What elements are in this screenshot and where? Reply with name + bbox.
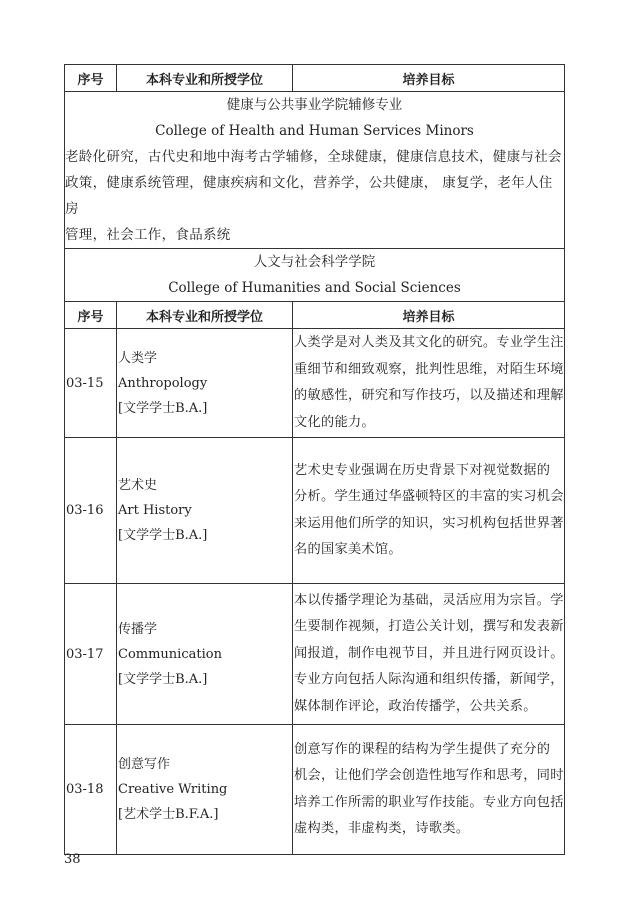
major-name-zh: 艺术史 — [118, 473, 292, 498]
major-name-en: Art History — [118, 498, 292, 523]
goal-line: 来运用他们所学的知识，实习机构包括世界著 — [294, 511, 564, 538]
table-header-row: 序号 本科专业和所授学位 培养目标 — [65, 65, 565, 92]
table-row: 03-15 人类学 Anthropology [文学学士B.A.] 人类学是对人… — [65, 329, 565, 438]
goal-line: 培养工作所需的职业写作技能。专业方向包括 — [294, 790, 564, 817]
section-health-row: 健康与公共事业学院辅修专业 College of Health and Huma… — [65, 92, 565, 249]
minors-line: 管理，社会工作，食品系统 — [65, 222, 564, 248]
major-degree: [艺术学士B.F.A.] — [118, 802, 292, 827]
table-subheader-row: 序号 本科专业和所授学位 培养目标 — [65, 302, 565, 329]
major-name-en: Communication — [118, 642, 292, 667]
goal-line: 机会，让他们学会创造性地写作和思考，同时 — [294, 763, 564, 790]
table-row: 03-17 传播学 Communication [文学学士B.A.] 本以传播学… — [65, 584, 565, 725]
major-code: 03-18 — [65, 725, 117, 855]
major-cell: 创意写作 Creative Writing [艺术学士B.F.A.] — [117, 725, 293, 855]
header-no: 序号 — [65, 302, 117, 329]
major-name-en: Creative Writing — [118, 777, 292, 802]
table-row: 03-16 艺术史 Art History [文学学士B.A.] 艺术史专业强调… — [65, 438, 565, 584]
goal-line: 创意写作的课程的结构为学生提供了充分的 — [294, 737, 564, 764]
major-code: 03-15 — [65, 329, 117, 438]
goal-cell: 创意写作的课程的结构为学生提供了充分的 机会，让他们学会创造性地写作和思考，同时… — [293, 725, 565, 855]
major-cell: 人类学 Anthropology [文学学士B.A.] — [117, 329, 293, 438]
goal-line: 艺术史专业强调在历史背景下对视觉数据的 — [294, 458, 564, 485]
goal-line: 名的国家美术馆。 — [294, 537, 564, 564]
goal-cell: 本以传播学理论为基础，灵活应用为宗旨。学 生要制作视频，打造公关计划，撰写和发表… — [293, 584, 565, 725]
major-cell: 艺术史 Art History [文学学士B.A.] — [117, 438, 293, 584]
major-degree: [文学学士B.A.] — [118, 523, 292, 548]
major-name-zh: 创意写作 — [118, 752, 292, 777]
goal-line: 本以传播学理论为基础，灵活应用为宗旨。学 — [294, 588, 564, 615]
goal-line: 的敏感性，研究和写作技巧，以及描述和理解 — [294, 383, 564, 410]
goal-line: 文化的能力。 — [294, 410, 564, 437]
section-humanities-title-en: College of Humanities and Social Science… — [65, 275, 564, 301]
header-major: 本科专业和所授学位 — [117, 65, 293, 92]
major-cell: 传播学 Communication [文学学士B.A.] — [117, 584, 293, 725]
majors-table: 序号 本科专业和所授学位 培养目标 健康与公共事业学院辅修专业 College … — [64, 64, 565, 855]
header-no: 序号 — [65, 65, 117, 92]
goal-line: 虚构类，非虚构类，诗歌类。 — [294, 816, 564, 843]
major-degree: [文学学士B.A.] — [118, 396, 292, 421]
major-name-zh: 传播学 — [118, 617, 292, 642]
table-row: 03-18 创意写作 Creative Writing [艺术学士B.F.A.]… — [65, 725, 565, 855]
major-name-en: Anthropology — [118, 371, 292, 396]
goal-line: 媒体制作评论，政治传播学，公共关系。 — [294, 694, 564, 721]
section-health-title-en: College of Health and Human Services Min… — [65, 118, 564, 144]
section-humanities-row: 人文与社会科学学院 College of Humanities and Soci… — [65, 249, 565, 302]
section-health-title-zh: 健康与公共事业学院辅修专业 — [65, 92, 564, 118]
major-code: 03-17 — [65, 584, 117, 725]
goal-line: 闻报道，制作电视节目，并且进行网页设计。 — [294, 641, 564, 668]
section-humanities-title-zh: 人文与社会科学学院 — [65, 249, 564, 275]
minors-line: 政策，健康系统管理，健康疾病和文化，营养学，公共健康， 康复学，老年人住房 — [65, 170, 564, 222]
header-goal: 培养目标 — [293, 302, 565, 329]
goal-line: 人类学是对人类及其文化的研究。专业学生注 — [294, 330, 564, 357]
goal-cell: 艺术史专业强调在历史背景下对视觉数据的 分析。学生通过华盛顿特区的丰富的实习机会… — [293, 438, 565, 584]
document-page: 序号 本科专业和所授学位 培养目标 健康与公共事业学院辅修专业 College … — [0, 0, 628, 909]
header-goal: 培养目标 — [293, 65, 565, 92]
major-degree: [文学学士B.A.] — [118, 667, 292, 692]
page-number: 38 — [64, 852, 81, 867]
goal-line: 专业方向包括人际沟通和组织传播，新闻学， — [294, 667, 564, 694]
goal-cell: 人类学是对人类及其文化的研究。专业学生注 重细节和细致观察，批判性思维，对陌生环… — [293, 329, 565, 438]
goal-line: 生要制作视频，打造公关计划，撰写和发表新 — [294, 614, 564, 641]
header-major: 本科专业和所授学位 — [117, 302, 293, 329]
minors-line: 老龄化研究，古代史和地中海考古学辅修，全球健康，健康信息技术，健康与社会 — [65, 144, 564, 170]
goal-line: 分析。学生通过华盛顿特区的丰富的实习机会 — [294, 484, 564, 511]
major-code: 03-16 — [65, 438, 117, 584]
goal-line: 重细节和细致观察，批判性思维，对陌生环境 — [294, 357, 564, 384]
major-name-zh: 人类学 — [118, 346, 292, 371]
